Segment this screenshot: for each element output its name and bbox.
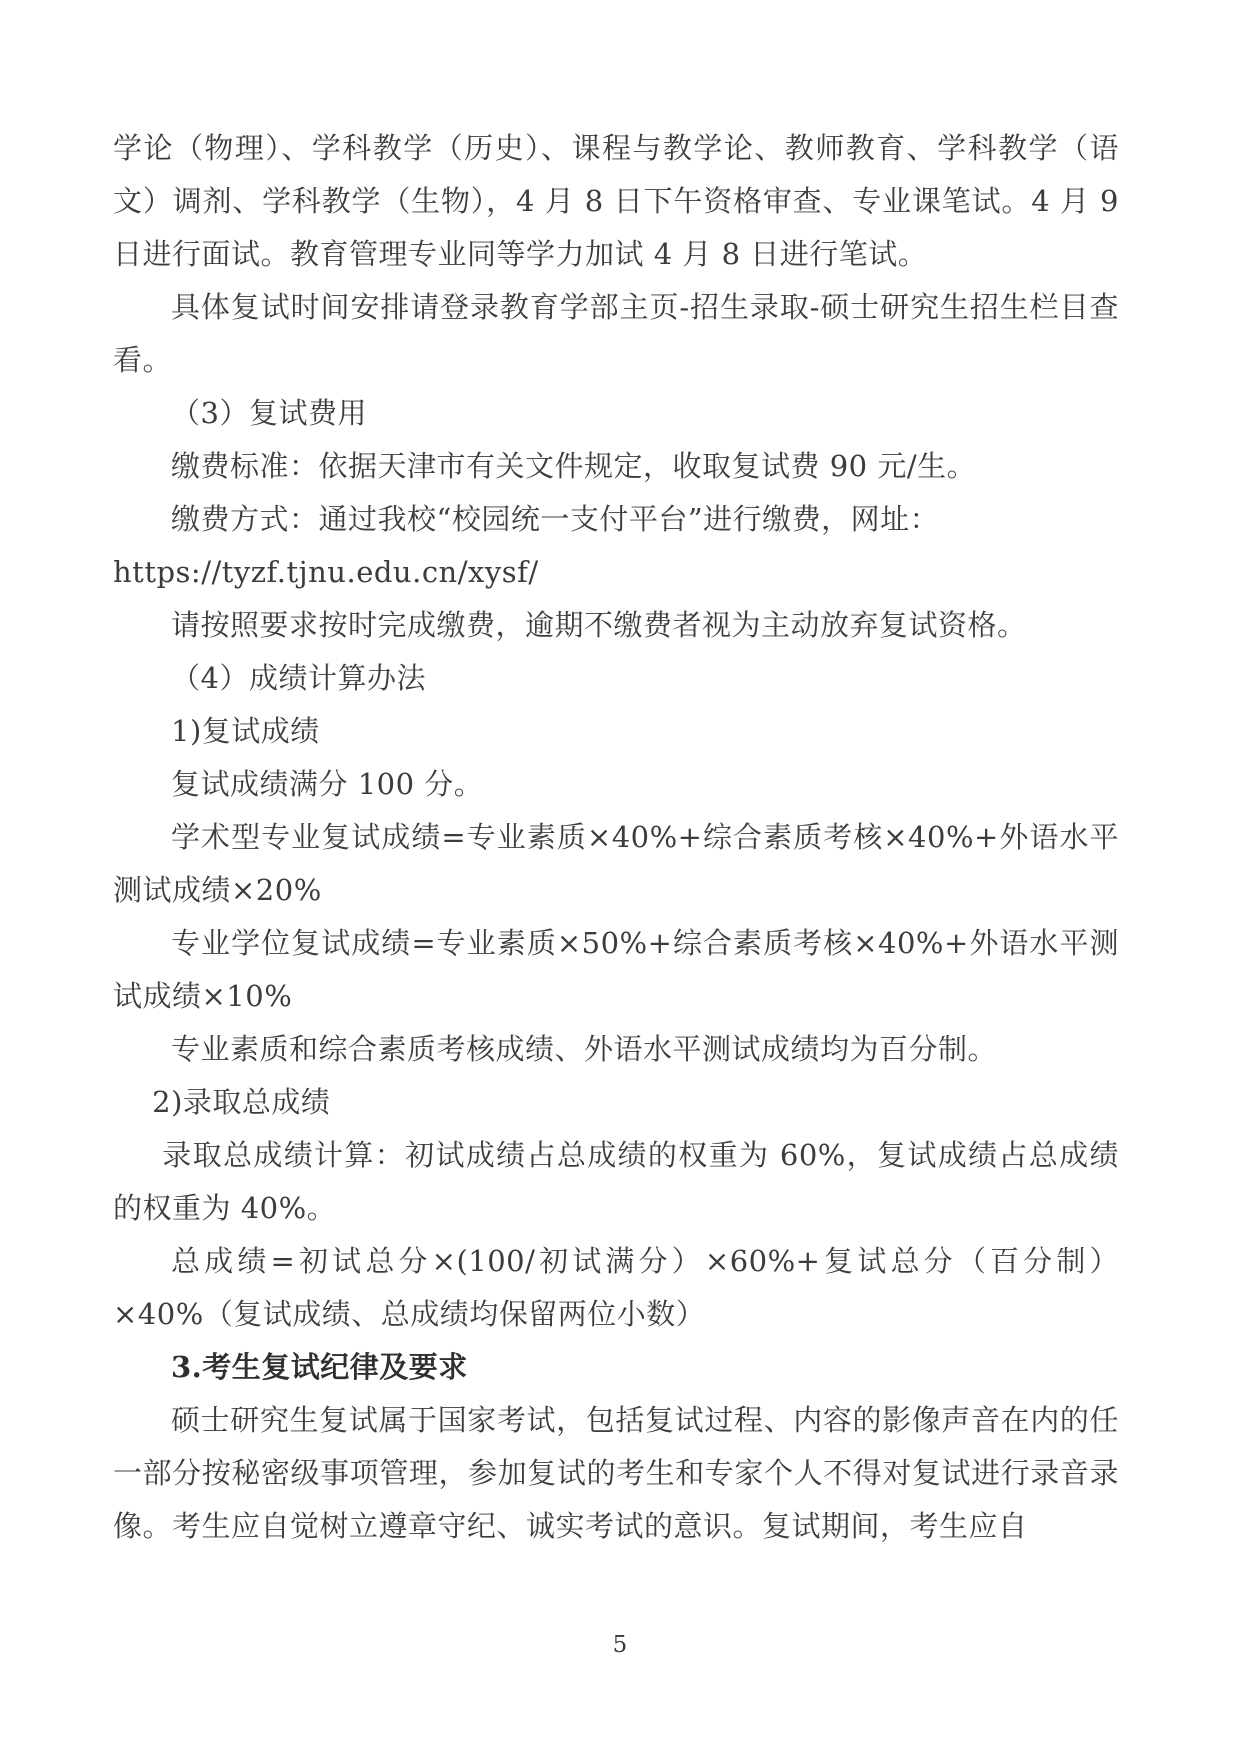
document-page: 学论（物理）、学科教学（历史）、课程与教学论、教师教育、学科教学（语文）调剂、学… bbox=[0, 0, 1240, 1754]
para-fee-standard: 缴费标准：依据天津市有关文件规定，收取复试费 90 元/生。 bbox=[113, 440, 1119, 493]
heading-discipline-requirements: 3.考生复试纪律及要求 bbox=[113, 1341, 1119, 1394]
para-academic-score-formula: 学术型专业复试成绩=专业素质×40%+综合素质考核×40%+外语水平测试成绩×2… bbox=[113, 811, 1119, 917]
para-retest-score-full-marks: 复试成绩满分 100 分。 bbox=[113, 758, 1119, 811]
payment-url: https://tyzf.tjnu.edu.cn/xysf/ bbox=[113, 546, 1119, 599]
heading-retest-fee: （3）复试费用 bbox=[113, 387, 1119, 440]
para-schedule-notice: 具体复试时间安排请登录教育学部主页-招生录取-硕士研究生招生栏目查看。 bbox=[113, 281, 1119, 387]
page-number: 5 bbox=[0, 1630, 1240, 1660]
document-body: 学论（物理）、学科教学（历史）、课程与教学论、教师教育、学科教学（语文）调剂、学… bbox=[113, 122, 1119, 1553]
para-percent-scale-note: 专业素质和综合素质考核成绩、外语水平测试成绩均为百分制。 bbox=[113, 1023, 1119, 1076]
para-professional-score-formula: 专业学位复试成绩=专业素质×50%+综合素质考核×40%+外语水平测试成绩×10… bbox=[113, 917, 1119, 1023]
heading-score-calculation: （4）成绩计算办法 bbox=[113, 652, 1119, 705]
para-discipline-content: 硕士研究生复试属于国家考试，包括复试过程、内容的影像声音在内的任一部分按秘密级事… bbox=[113, 1394, 1119, 1553]
para-payment-deadline: 请按照要求按时完成缴费，逾期不缴费者视为主动放弃复试资格。 bbox=[113, 599, 1119, 652]
subheading-retest-score: 1)复试成绩 bbox=[113, 705, 1119, 758]
subheading-admission-total-score: 2)录取总成绩 bbox=[113, 1076, 1119, 1129]
para-total-score-weights: 录取总成绩计算：初试成绩占总成绩的权重为 60%，复试成绩占总成绩的权重为 40… bbox=[113, 1129, 1119, 1235]
para-payment-method: 缴费方式：通过我校“校园统一支付平台”进行缴费，网址： bbox=[113, 493, 1119, 546]
para-subject-list-continued: 学论（物理）、学科教学（历史）、课程与教学论、教师教育、学科教学（语文）调剂、学… bbox=[113, 122, 1119, 281]
para-total-score-formula: 总成绩=初试总分×(100/初试满分）×60%+复试总分（百分制）×40%（复试… bbox=[113, 1235, 1119, 1341]
